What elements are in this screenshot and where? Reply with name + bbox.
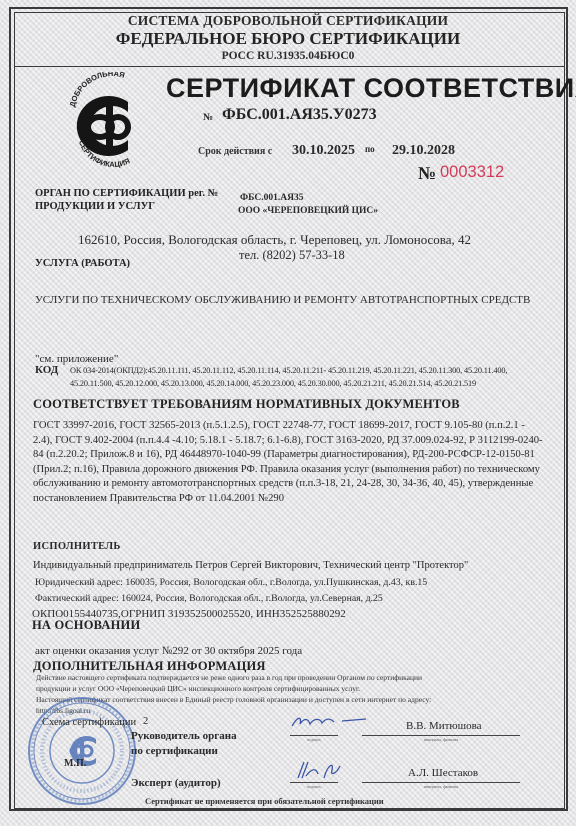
valid-to-label: по (365, 144, 375, 154)
head-of-body-label: Руководитель органа (131, 730, 237, 742)
valid-from-date: 30.10.2025 (292, 143, 355, 159)
certificate-title: СЕРТИФИКАТ СООТВЕТСТВИЯ (166, 73, 576, 104)
basis-text: акт оценки оказания услуг №292 от 30 окт… (35, 645, 302, 657)
certification-body-name: ООО «ЧЕРЕПОВЕЦКИЙ ЦИС» (238, 206, 378, 216)
head-signature-line (290, 735, 338, 736)
normative-documents-list: ГОСТ 33997-2016, ГОСТ 32565-2013 (п.5.1.… (33, 419, 543, 507)
code-list: ОК 034-2014(ОКПД2):45.20.11.111, 45.20.1… (70, 365, 550, 390)
expert-signature-line (290, 782, 338, 783)
additional-info-heading: ДОПОЛНИТЕЛЬНАЯ ИНФОРМАЦИЯ (33, 659, 266, 674)
expert-name-line (362, 782, 520, 783)
certification-scheme-label: Схема сертификации (42, 717, 136, 728)
serial-number: 0003312 (440, 163, 504, 182)
code-label: КОД (35, 364, 58, 376)
certification-scheme-value: 2 (143, 716, 148, 727)
valid-to-date: 29.10.2028 (392, 143, 455, 159)
certificate-number-label: № (203, 112, 213, 123)
seal-stamp-icon (26, 695, 138, 807)
head-of-body-label-line2: по сертификации (131, 745, 218, 757)
expert-name: А.Л. Шестаков (408, 767, 478, 779)
validity-label: Срок действия с (198, 146, 272, 157)
signature-caption: подпись (290, 737, 338, 742)
expert-label: Эксперт (аудитор) (131, 777, 221, 789)
certification-body-label-line1: ОРГАН ПО СЕРТИФИКАЦИИ рег. № (35, 188, 218, 199)
certification-body-phone: тел. (8202) 57-33-18 (239, 248, 345, 263)
header-divider (14, 66, 565, 67)
executor-heading: ИСПОЛНИТЕЛЬ (33, 541, 121, 552)
name-caption: инициалы, фамилия (362, 737, 520, 742)
stamp-place-label: М.П. (64, 758, 86, 769)
head-name-line (362, 735, 520, 736)
service-description: УСЛУГИ ПО ТЕХНИЧЕСКОМУ ОБСЛУЖИВАНИЮ И РЕ… (35, 293, 535, 307)
signature-caption: подпись (290, 784, 338, 789)
system-registration-number: РОСС RU.31935.04БЮС0 (0, 50, 576, 62)
name-caption: инициалы, фамилия (362, 784, 520, 789)
additional-info-line: Действие настоящего сертификата подтверж… (36, 673, 422, 682)
executor-legal-address: Юридический адрес: 160035, Россия, Волог… (35, 577, 427, 588)
certification-body-reg-number: ФБС.001.АЯ35 (240, 193, 303, 203)
executor-actual-address: Фактический адрес: 160024, Россия, Волог… (35, 593, 383, 604)
conformity-heading: СООТВЕТСТВУЕТ ТРЕБОВАНИЯМ НОРМАТИВНЫХ ДО… (33, 397, 460, 412)
executor-name: Индивидуальный предприниматель Петров Се… (33, 560, 468, 571)
certification-body-address: 162610, Россия, Вологодская область, г. … (78, 232, 471, 248)
certificate-number: ФБС.001.АЯ35.У0273 (222, 106, 377, 124)
footer-note: Сертификат не применяется при обязательн… (145, 796, 384, 806)
certification-body-label-line2: ПРОДУКЦИИ И УСЛУГ (35, 201, 155, 212)
certification-system-name: СИСТЕМА ДОБРОВОЛЬНОЙ СЕРТИФИКАЦИИ (0, 13, 576, 29)
head-of-body-name: В.В. Митюшова (406, 720, 482, 732)
fbs-logo-icon: ДОБРОВОЛЬНАЯ СЕРТИФИКАЦИЯ (60, 72, 160, 168)
service-label: УСЛУГА (РАБОТА) (35, 258, 130, 269)
bureau-name: ФЕДЕРАЛЬНОЕ БЮРО СЕРТИФИКАЦИИ (0, 29, 576, 49)
serial-number-prefix: № (418, 163, 436, 184)
head-signature-icon (290, 712, 370, 732)
expert-signature-icon (294, 758, 344, 782)
additional-info-line: продукции и услуг ООО «Череповецкий ЦИС»… (36, 684, 360, 693)
basis-heading: НА ОСНОВАНИИ (32, 618, 140, 633)
